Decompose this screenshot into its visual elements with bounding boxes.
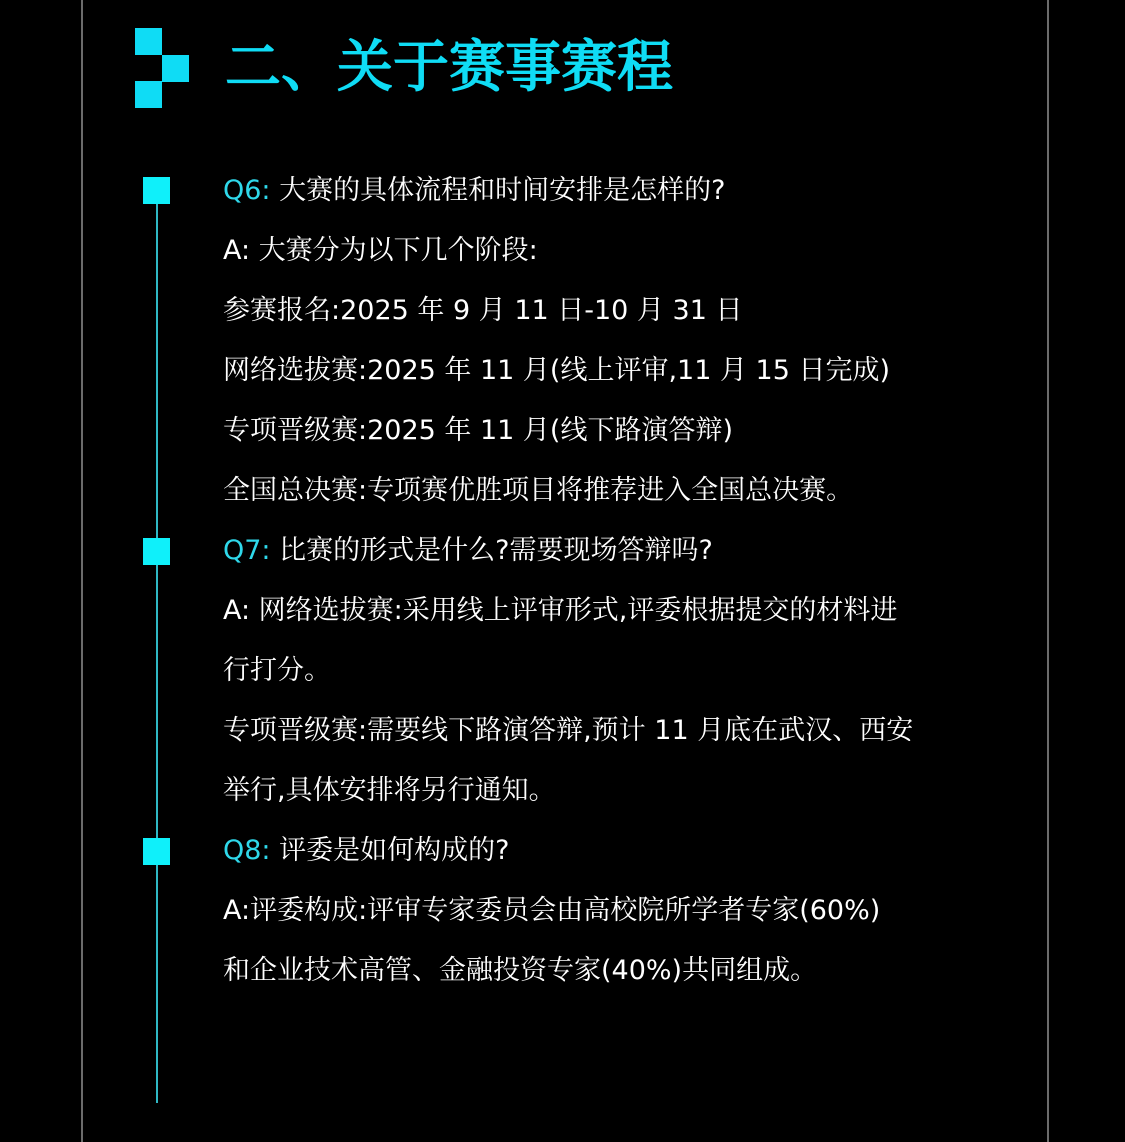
timeline-line [156, 190, 158, 1103]
section-header: 二、关于赛事赛程 [135, 28, 191, 108]
question-text: 评委是如何构成的? [279, 835, 509, 866]
three-squares-icon [135, 28, 191, 108]
question-text: 比赛的形式是什么?需要现场答辩吗? [279, 535, 713, 566]
question-label: Q7: [223, 535, 271, 566]
timeline-marker-q6 [143, 177, 170, 204]
question-line: Q8: 评委是如何构成的? [223, 821, 993, 881]
question-line: Q6: 大赛的具体流程和时间安排是怎样的? [223, 161, 993, 221]
faq-item-q8: Q8: 评委是如何构成的? A:评委构成:评审专家委员会由高校院所学者专家(60… [223, 821, 993, 1001]
answer-line: 网络选拔赛:2025 年 11 月(线上评审,11 月 15 日完成) [223, 341, 993, 401]
faq-item-q6: Q6: 大赛的具体流程和时间安排是怎样的? A: 大赛分为以下几个阶段: 参赛报… [223, 161, 993, 521]
timeline-marker-q8 [143, 838, 170, 865]
faq-item-q7: Q7: 比赛的形式是什么?需要现场答辩吗? A: 网络选拔赛:采用线上评审形式,… [223, 521, 993, 821]
answer-line: 举行,具体安排将另行通知。 [223, 761, 993, 821]
answer-line: A: 网络选拔赛:采用线上评审形式,评委根据提交的材料进 [223, 581, 993, 641]
answer-line: 全国总决赛:专项赛优胜项目将推荐进入全国总决赛。 [223, 461, 993, 521]
section-title: 二、关于赛事赛程 [225, 36, 673, 100]
question-line: Q7: 比赛的形式是什么?需要现场答辩吗? [223, 521, 993, 581]
answer-line: A:评委构成:评审专家委员会由高校院所学者专家(60%) [223, 881, 993, 941]
left-frame-border [81, 0, 83, 1142]
answer-line: 专项晋级赛:需要线下路演答辩,预计 11 月底在武汉、西安 [223, 701, 993, 761]
answer-line: A: 大赛分为以下几个阶段: [223, 221, 993, 281]
question-label: Q8: [223, 835, 271, 866]
answer-line: 参赛报名:2025 年 9 月 11 日-10 月 31 日 [223, 281, 993, 341]
question-label: Q6: [223, 175, 271, 206]
answer-line: 行打分。 [223, 641, 993, 701]
right-frame-border [1047, 0, 1049, 1142]
timeline-marker-q7 [143, 538, 170, 565]
answer-line: 和企业技术高管、金融投资专家(40%)共同组成。 [223, 941, 993, 1001]
answer-line: 专项晋级赛:2025 年 11 月(线下路演答辩) [223, 401, 993, 461]
question-text: 大赛的具体流程和时间安排是怎样的? [279, 175, 725, 206]
